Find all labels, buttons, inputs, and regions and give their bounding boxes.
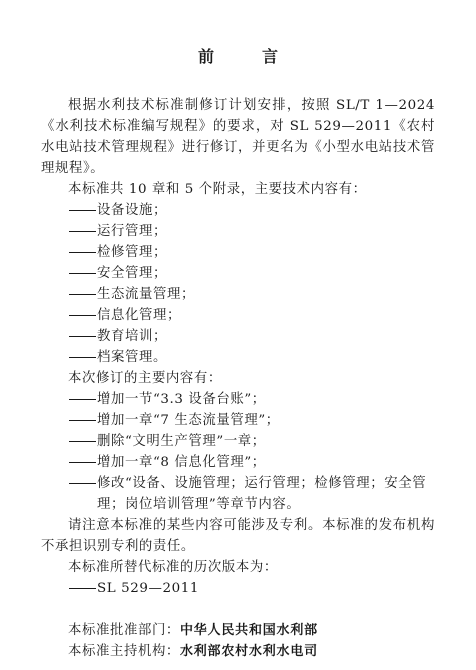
em-dash-icon [69, 399, 96, 400]
em-dash-icon [69, 273, 96, 274]
em-dash-icon [69, 336, 96, 337]
list-item: 增加一章“7 生态流量管理”； [41, 410, 435, 431]
list-item: 生态流量管理； [41, 284, 435, 305]
list-item: 增加一节“3.3 设备台账”； [41, 389, 435, 410]
patent-notice: 请注意本标准的某些内容可能涉及专利。本标准的发布机构不承担识别专利的责任。 [41, 515, 435, 557]
list-item-text: 增加一节“3.3 设备台账”； [97, 392, 266, 407]
em-dash-icon [69, 315, 96, 316]
host-value: 水利部农村水利水电司 [180, 644, 318, 659]
superseded-intro: 本标准所替代标准的历次版本为： [41, 557, 435, 578]
list-item-text: 删除“文明生产管理”一章； [97, 434, 266, 449]
em-dash-icon [69, 231, 96, 232]
document-page: 前 言 根据水利技术标准制修订计划安排，按照 SL/T 1—2024《水利技术标… [0, 0, 476, 670]
list-item: 设备设施； [41, 200, 435, 221]
list-item: 增加一章“8 信息化管理”； [41, 452, 435, 473]
approving-value: 中华人民共和国水利部 [180, 623, 318, 638]
list-item-text: 档案管理。 [97, 350, 167, 365]
revision-intro: 本次修订的主要内容有： [41, 368, 435, 389]
list-item-text: 检修管理； [97, 245, 167, 260]
contents-intro: 本标准共 10 章和 5 个附录，主要技术内容有： [41, 179, 435, 200]
list-item-text: 生态流量管理； [97, 287, 195, 302]
superseded-list: SL 529—2011 [41, 578, 435, 599]
intro-paragraph: 根据水利技术标准制修订计划安排，按照 SL/T 1—2024《水利技术标准编写规… [41, 95, 435, 179]
em-dash-icon [69, 462, 96, 463]
em-dash-icon [69, 210, 96, 211]
list-item-text: 运行管理； [97, 224, 167, 239]
em-dash-icon [69, 252, 96, 253]
list-item-text: 修改“设备、设施管理；运行管理；检修管理；安全管理；岗位培训管理”等章节内容。 [97, 476, 426, 512]
host-label: 本标准主持机构： [68, 644, 180, 659]
em-dash-icon [69, 357, 96, 358]
list-item: 教育培训； [41, 326, 435, 347]
host-organization: 本标准主持机构：水利部农村水利水电司 [41, 641, 435, 662]
em-dash-icon [69, 294, 96, 295]
list-item: SL 529—2011 [41, 578, 435, 599]
list-item: 修改“设备、设施管理；运行管理；检修管理；安全管理；岗位培训管理”等章节内容。 [41, 473, 435, 515]
list-item: 运行管理； [41, 221, 435, 242]
revision-list: 增加一节“3.3 设备台账”； 增加一章“7 生态流量管理”； 删除“文明生产管… [41, 389, 435, 515]
list-item: 安全管理； [41, 263, 435, 284]
em-dash-icon [69, 588, 96, 589]
list-item-text: 增加一章“7 生态流量管理”； [97, 413, 280, 428]
preface-body: 根据水利技术标准制修订计划安排，按照 SL/T 1—2024《水利技术标准编写规… [41, 95, 435, 662]
list-item: 档案管理。 [41, 347, 435, 368]
list-item-text: SL 529—2011 [97, 581, 199, 596]
list-item-text: 设备设施； [97, 203, 167, 218]
list-item: 检修管理； [41, 242, 435, 263]
list-item: 信息化管理； [41, 305, 435, 326]
contents-list: 设备设施； 运行管理； 检修管理； 安全管理； 生态流量管理； 信息化管理； [41, 200, 435, 368]
approving-department: 本标准批准部门：中华人民共和国水利部 [41, 620, 435, 641]
em-dash-icon [69, 483, 96, 484]
list-item-text: 安全管理； [97, 266, 167, 281]
list-item-text: 增加一章“8 信息化管理”； [97, 455, 266, 470]
em-dash-icon [69, 420, 96, 421]
list-item-text: 教育培训； [97, 329, 167, 344]
em-dash-icon [69, 441, 96, 442]
list-item-text: 信息化管理； [97, 308, 181, 323]
page-title: 前 言 [0, 46, 476, 68]
spacer [41, 599, 435, 620]
list-item: 删除“文明生产管理”一章； [41, 431, 435, 452]
approving-label: 本标准批准部门： [68, 623, 180, 638]
